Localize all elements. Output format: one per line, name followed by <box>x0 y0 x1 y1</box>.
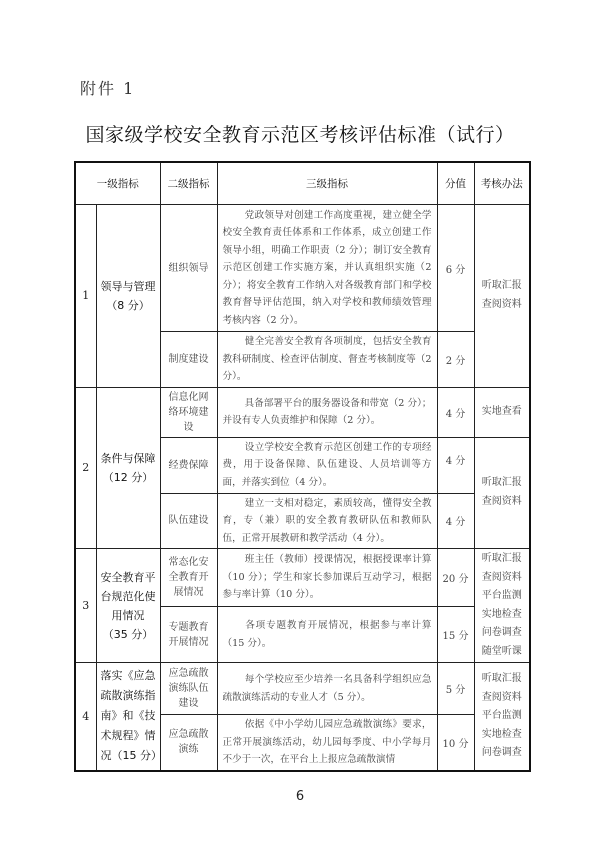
header-score: 分值 <box>437 162 474 205</box>
score-cell: 4 分 <box>437 493 474 549</box>
table-header-row: 一级指标 二级指标 三级指标 分值 考核办法 <box>75 162 530 205</box>
level1-cell: 条件与保障 （12 分） <box>96 387 160 549</box>
level3-cell: 每个学校应至少培养一名具备科学组织应急疏散演练活动的专业人才（5 分）。 <box>217 663 437 715</box>
method-cell: 听取汇报 查阅资料 平台监测 实地检查 问卷调查 <box>474 663 530 771</box>
level3-cell: 各项专题教育开展情况，根据参与率计算（15 分）。 <box>217 607 437 663</box>
level3-cell: 建立一支相对稳定，素质较高，懂得安全教育，专（兼）职的安全教育教研队伍和教师队伍… <box>217 493 437 549</box>
header-level3: 三级指标 <box>217 162 437 205</box>
level1-cell: 落实《应急 疏散演练指 南》和《技 术规程》情 况（15 分） <box>96 663 160 771</box>
score-cell: 2 分 <box>437 332 474 388</box>
method-cell: 实地查看 <box>474 387 530 437</box>
section-number: 1 <box>75 205 96 388</box>
table-row: 4 落实《应急 疏散演练指 南》和《技 术规程》情 况（15 分） 应急疏散演练… <box>75 663 530 715</box>
level3-cell: 健全完善安全教育各项制度，包括安全教育教科研制度、检查评估制度、督查考核制度等（… <box>217 332 437 388</box>
header-method: 考核办法 <box>474 162 530 205</box>
method-cell: 听取汇报 查阅资料 <box>474 437 530 549</box>
level2-cell: 经费保障 <box>160 437 217 493</box>
score-cell: 6 分 <box>437 205 474 332</box>
level2-cell: 信息化网络环境建设 <box>160 387 217 437</box>
attachment-label: 附件 1 <box>80 76 135 99</box>
level3-cell: 具备部署平台的服务器设备和带宽（2 分）；并设有专人负责维护和保障（2 分）。 <box>217 387 437 437</box>
section-number: 2 <box>75 387 96 549</box>
level3-cell: 班主任（教师）授课情况，根据授课率计算（10 分）；学生和家长参加课后互动学习，… <box>217 549 437 607</box>
header-level1: 一级指标 <box>75 162 160 205</box>
score-cell: 4 分 <box>437 387 474 437</box>
level3-cell: 党政领导对创建工作高度重视，建立健全学校安全教育责任体系和工作体系，成立创建工作… <box>217 205 437 332</box>
level1-cell: 安全教育平 台规范化使 用情况 （35 分） <box>96 549 160 663</box>
level2-cell: 组织领导 <box>160 205 217 332</box>
method-cell: 听取汇报 查阅资料 平台监测 实地检查 问卷调查 随堂听课 <box>474 549 530 663</box>
level1-text: 领导与管理 <box>100 277 157 296</box>
level1-cell: 领导与管理 （8 分） <box>96 205 160 388</box>
level2-cell: 队伍建设 <box>160 493 217 549</box>
score-cell: 15 分 <box>437 607 474 663</box>
score-cell: 5 分 <box>437 663 474 715</box>
score-cell: 10 分 <box>437 715 474 771</box>
level2-cell: 常态化安全教育开展情况 <box>160 549 217 607</box>
header-level2: 二级指标 <box>160 162 217 205</box>
score-cell: 4 分 <box>437 437 474 493</box>
table-row: 1 领导与管理 （8 分） 组织领导 党政领导对创建工作高度重视，建立健全学校安… <box>75 205 530 332</box>
method-cell: 听取汇报 查阅资料 <box>474 205 530 388</box>
section-number: 4 <box>75 663 96 771</box>
level2-cell: 制度建设 <box>160 332 217 388</box>
page-number: 6 <box>0 789 600 804</box>
table-row: 2 条件与保障 （12 分） 信息化网络环境建设 具备部署平台的服务器设备和带宽… <box>75 387 530 437</box>
score-cell: 20 分 <box>437 549 474 607</box>
document-title: 国家级学校安全教育示范区考核评估标准（试行） <box>0 120 600 147</box>
level2-cell: 应急疏散演练队伍建设 <box>160 663 217 715</box>
assessment-table: 一级指标 二级指标 三级指标 分值 考核办法 1 领导与管理 （8 分） 组织领… <box>74 161 531 772</box>
level3-cell: 设立学校安全教育示范区创建工作的专项经费，用于设备保障、队伍建设、人员培训等方面… <box>217 437 437 493</box>
level2-cell: 应急疏散演练 <box>160 715 217 771</box>
section-number: 3 <box>75 549 96 663</box>
level2-cell: 专题教育开展情况 <box>160 607 217 663</box>
table-row: 3 安全教育平 台规范化使 用情况 （35 分） 常态化安全教育开展情况 班主任… <box>75 549 530 607</box>
level1-points: （8 分） <box>100 296 157 315</box>
level3-cell: 依据《中小学幼儿园应急疏散演练》要求，正常开展演练活动，幼儿园每季度、中小学每月… <box>217 715 437 771</box>
